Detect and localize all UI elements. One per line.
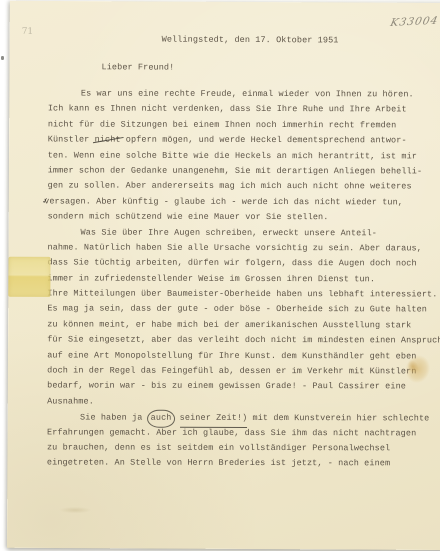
body-line: nicht für die Sitzungen bei einem Ihnen …: [48, 117, 430, 133]
line-segment: auch: [151, 413, 172, 423]
line-segment: nicht: [95, 135, 121, 145]
letter-body: Es war uns eine rechte Freude, einmal wi…: [47, 86, 430, 472]
scanned-letter-viewport: K33004 71 Wellingstedt, den 17. Oktober …: [0, 0, 440, 557]
archival-number-pencil: K33004: [389, 15, 439, 29]
body-line: ten. Wenn eine solche Bitte wie die Heck…: [48, 148, 430, 164]
body-line: dass Sie tüchtig arbeiten, dürfen wir fo…: [47, 256, 429, 272]
body-line: Was Sie über Ihre Augen schreiben, erwec…: [48, 225, 430, 241]
scan-speck: [1, 56, 4, 60]
salutation: Lieber Freund!: [101, 62, 174, 72]
body-line: Erfahrungen gemacht. Aber ich glaube, da…: [47, 425, 429, 441]
body-line: sondern mich schützend wie eine Mauer vo…: [48, 210, 430, 226]
body-line: immer schon der Gedanke unangenehm, Sie …: [48, 163, 430, 179]
letter-page: K33004 71 Wellingstedt, den 17. Oktober …: [7, 1, 440, 550]
line-segment: mit dem Kunstverein hier schlechte: [247, 413, 429, 423]
body-line: Ihre Mitteilungen über Baumeister-Oberhe…: [47, 287, 429, 303]
body-line: Ausnahme.: [47, 394, 429, 410]
line-segment: opfern mögen, und werde Heckel dementspr…: [121, 135, 407, 146]
body-line: doch in der Regel das Feingefühl ab, des…: [47, 363, 429, 379]
body-line: Es war uns eine rechte Freude, einmal wi…: [48, 86, 430, 102]
line-segment: Sie haben ja: [80, 413, 148, 423]
body-line: zu brauchen, denn es ist seitdem ein vol…: [47, 440, 429, 456]
body-line-with-circle-and-underline: Sie haben ja auch seiner Zeit!) mit dem …: [47, 410, 429, 426]
pencil-smudge: [55, 506, 95, 514]
dateline: Wellingstedt, den 17. Oktober 1951: [162, 35, 339, 46]
body-line: Ich kann es Ihnen nicht verdenken, dass …: [48, 102, 430, 118]
tape-residue: [8, 257, 50, 297]
body-line-with-pen-mark: ✓versagen. Aber künftig - glaube ich - w…: [48, 194, 430, 210]
pen-strikethrough-word: nicht: [95, 133, 121, 148]
body-line: Es mag ja sein, dass der gute - oder bös…: [47, 302, 429, 318]
body-line: nahme. Natürlich haben Sie alle Ursache …: [47, 240, 429, 256]
line-segment: seiner Zeit!): [180, 413, 248, 423]
body-line: immer in zufriedenstellender Weise im Gr…: [47, 271, 429, 287]
body-line: zu können meint, er habe mich bei der am…: [47, 317, 429, 333]
body-line: gen zu sollen. Aber andererseits mag ich…: [48, 179, 430, 195]
body-line: bedarf, worin war - bis zu einem gewisse…: [47, 379, 429, 395]
body-line: auf eine Art Monopolstellung für Ihre Ku…: [47, 348, 429, 364]
corner-pencil-mark: 71: [22, 27, 34, 37]
body-line: für Sie eingesetzt, aber das verleiht do…: [47, 333, 429, 349]
scan-bottom-edge: [0, 551, 440, 557]
line-segment: Künstler: [48, 135, 95, 145]
line-segment: versagen. Aber künftig - glaube ich - we…: [44, 196, 403, 207]
body-line: eingetreten. An Stelle von Herrn Brederi…: [47, 456, 429, 472]
body-line-with-strikethrough: Künstler nicht opfern mögen, und werde H…: [48, 133, 430, 149]
